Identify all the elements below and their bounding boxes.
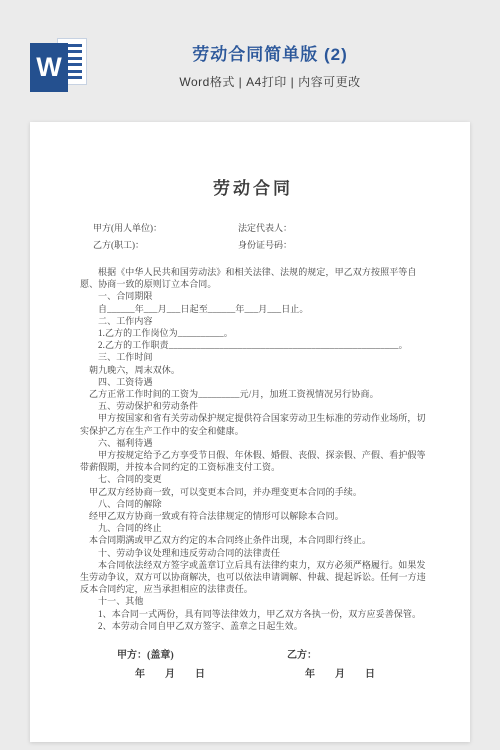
contract-paragraph: 六、福利待遇 xyxy=(80,437,426,449)
contract-paragraph: 本合同期满或甲乙双方约定的本合同终止条件出现，本合同即行终止。 xyxy=(80,534,426,546)
page-background: W 劳动合同简单版 (2) Word格式 | A4打印 | 内容可更改 劳动合同… xyxy=(0,0,500,742)
signature-block: 甲方：(盖章) 乙方： 年 月 日 年 月 日 xyxy=(80,646,426,684)
contract-paragraph: 十一、其他 xyxy=(80,595,426,607)
page-title: 劳动合同简单版 (2) xyxy=(40,44,500,65)
contract-paragraph: 四、工资待遇 xyxy=(80,376,426,388)
contract-parties: 甲方(用人单位)：法定代表人：乙方(职工)：身份证号码： xyxy=(80,220,426,254)
contract-paragraph: 2.乙方的工作职责_______________________________… xyxy=(80,339,426,351)
word-w-glyph: W xyxy=(30,43,68,92)
contract-paragraph: 三、工作时间 xyxy=(80,351,426,363)
party-row: 甲方(用人单位)：法定代表人： xyxy=(80,220,426,237)
contract-paragraph: 1、本合同一式两份，具有同等法律效力，甲乙双方各执一份，双方应妥善保管。 xyxy=(80,608,426,620)
contract-paragraph: 十、劳动争议处理和违反劳动合同的法律责任 xyxy=(80,547,426,559)
party-field-right: 身份证号码： xyxy=(238,237,292,254)
contract-paragraph: 2、本劳动合同自甲乙双方签字、盖章之日起生效。 xyxy=(80,620,426,632)
contract-title: 劳动合同 xyxy=(80,178,426,200)
contract-body: 根据《中华人民共和国劳动法》和相关法律、法规的规定，甲乙双方按照平等自愿、协商一… xyxy=(80,266,426,632)
contract-paragraph: 五、劳动保护和劳动条件 xyxy=(80,400,426,412)
signature-date-row: 年 月 日 年 月 日 xyxy=(80,665,426,684)
contract-paragraph: 七、合同的变更 xyxy=(80,473,426,485)
party-a-signature-label: 甲方：(盖章) xyxy=(117,646,174,665)
contract-paragraph: 自______年___月___日起至______年___月___日止。 xyxy=(80,303,426,315)
party-b-signature-label: 乙方： xyxy=(287,646,317,665)
contract-paragraph: 根据《中华人民共和国劳动法》和相关法律、法规的规定，甲乙双方按照平等自愿、协商一… xyxy=(80,266,426,290)
header-text: 劳动合同简单版 (2) Word格式 | A4打印 | 内容可更改 xyxy=(40,0,500,90)
contract-paragraph: 经甲乙双方协商一致或有符合法律规定的情形可以解除本合同。 xyxy=(80,510,426,522)
contract-paragraph: 甲方按规定给予乙方享受节日假、年休假、婚假、丧假、探亲假、产假、看护假等带薪假期… xyxy=(80,449,426,473)
party-field-right: 法定代表人： xyxy=(238,220,292,237)
party-field-left: 甲方(用人单位)： xyxy=(93,223,162,233)
contract-paragraph: 二、工作内容 xyxy=(80,315,426,327)
contract-paragraph: 1.乙方的工作岗位为__________。 xyxy=(80,327,426,339)
header: W 劳动合同简单版 (2) Word格式 | A4打印 | 内容可更改 xyxy=(0,0,500,122)
contract-paragraph: 八、合同的解除 xyxy=(80,498,426,510)
party-b-date-line: 年 月 日 xyxy=(305,665,375,684)
contract-paragraph: 本合同依法经双方签字或盖章订立后具有法律约束力，双方必须严格履行。如果发生劳动争… xyxy=(80,559,426,596)
page-subtitle: Word格式 | A4打印 | 内容可更改 xyxy=(40,73,500,90)
document-page: 劳动合同 甲方(用人单位)：法定代表人：乙方(职工)：身份证号码： 根据《中华人… xyxy=(30,122,470,742)
party-row: 乙方(职工)：身份证号码： xyxy=(80,237,426,254)
contract-paragraph: 九、合同的终止 xyxy=(80,522,426,534)
contract-paragraph: 甲方按国家和省有关劳动保护规定提供符合国家劳动卫生标准的劳动作业场所，切实保护乙… xyxy=(80,412,426,436)
contract-paragraph: 乙方正常工作时间的工资为_________元/月，加班工资视情况另行协商。 xyxy=(80,388,426,400)
party-a-date-line: 年 月 日 xyxy=(135,665,205,684)
contract-paragraph: 甲乙双方经协商一致，可以变更本合同，并办理变更本合同的手续。 xyxy=(80,486,426,498)
contract-paragraph: 一、合同期限 xyxy=(80,290,426,302)
contract-paragraph: 朝九晚六，周末双休。 xyxy=(80,364,426,376)
word-file-icon: W xyxy=(30,38,90,94)
signature-label-row: 甲方：(盖章) 乙方： xyxy=(80,646,426,665)
party-field-left: 乙方(职工)： xyxy=(93,240,144,250)
